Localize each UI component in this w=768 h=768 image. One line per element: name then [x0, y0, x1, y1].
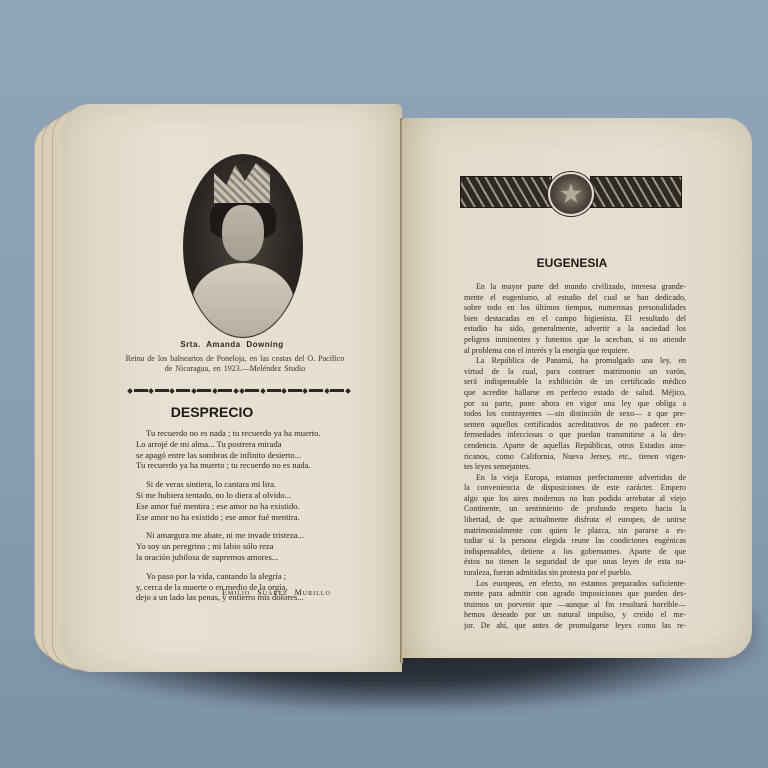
poem-line: Ese amor fué mentira ; ese amor no ha ex… — [136, 501, 376, 512]
caption-line: Reina de los balnearios de Poneloja, en … — [108, 354, 362, 364]
caption-name: Srta. Amanda Downing — [62, 340, 402, 349]
ornamental-divider — [128, 388, 350, 393]
poem-line: Yo paso por la vida, cantando la alegría… — [136, 571, 376, 582]
article-body: En la mayor parte del mundo civilizado, … — [452, 282, 686, 632]
floral-band-left — [460, 176, 552, 208]
portrait-photo — [183, 154, 303, 338]
poem-line: Lo arrojé de mi alma... Tu postrera mira… — [136, 439, 376, 450]
article-paragraph: Los europeos, en efecto, no estamos prep… — [452, 579, 686, 632]
poem-stanza: Tu recuerdo no es nada ; tu recuerdo ya … — [136, 428, 376, 471]
portrait-shoulders — [192, 263, 294, 338]
poem-line: Tu recuerdo ya ha muerto ; tu recuerdo n… — [136, 460, 376, 471]
poem-line: Ni amargura me abate, ni me invade trist… — [136, 530, 376, 541]
poem-stanza: Ni amargura me abate, ni me invade trist… — [136, 530, 376, 562]
poem-stanza: Yo paso por la vida, cantando la alegría… — [136, 571, 376, 603]
poem-stanza: Si de veras sintiera, lo cantara mi lira… — [136, 479, 376, 522]
poem-title: DESPRECIO — [62, 404, 362, 420]
article-paragraph: En la mayor parte del mundo civilizado, … — [452, 282, 686, 356]
caption-description: Reina de los balnearios de Poneloja, en … — [108, 354, 362, 374]
article-title: EUGENESIA — [402, 256, 742, 270]
header-ornament — [460, 172, 682, 212]
portrait-face — [222, 205, 264, 261]
poem-line: Yo soy un peregrino ; mi labio sólo reza — [136, 541, 376, 552]
poem-line: Ese amor no ha existido ; ese amor fué m… — [136, 512, 376, 523]
poem-line: se apagó entre las sombras de infinito d… — [136, 450, 376, 461]
poem-author: Emilio Suárez Murillo — [222, 588, 331, 597]
left-page: Srta. Amanda Downing Reina de los balnea… — [62, 104, 402, 672]
poem-line: la oración jubilosa de supremos amores..… — [136, 552, 376, 563]
star-icon — [560, 183, 582, 205]
right-page: EUGENESIA En la mayor parte del mundo ci… — [402, 118, 752, 658]
poem-line: Si de veras sintiera, lo cantara mi lira… — [136, 479, 376, 490]
article-paragraph: En la vieja Europa, estamos perfectament… — [452, 473, 686, 579]
poem-line: Tu recuerdo no es nada ; tu recuerdo ya … — [136, 428, 376, 439]
crown-icon — [214, 163, 270, 203]
medallion — [548, 172, 594, 216]
poem-body: Tu recuerdo no es nada ; tu recuerdo ya … — [136, 428, 376, 611]
article-paragraph: La República de Panamá, ha promulgado un… — [452, 356, 686, 473]
poem-line: Si me hubiera tentado, no lo diera al ol… — [136, 490, 376, 501]
floral-band-right — [590, 176, 682, 208]
caption-line: de Nicaragua, en 1923.—Meléndez Studio — [108, 364, 362, 374]
